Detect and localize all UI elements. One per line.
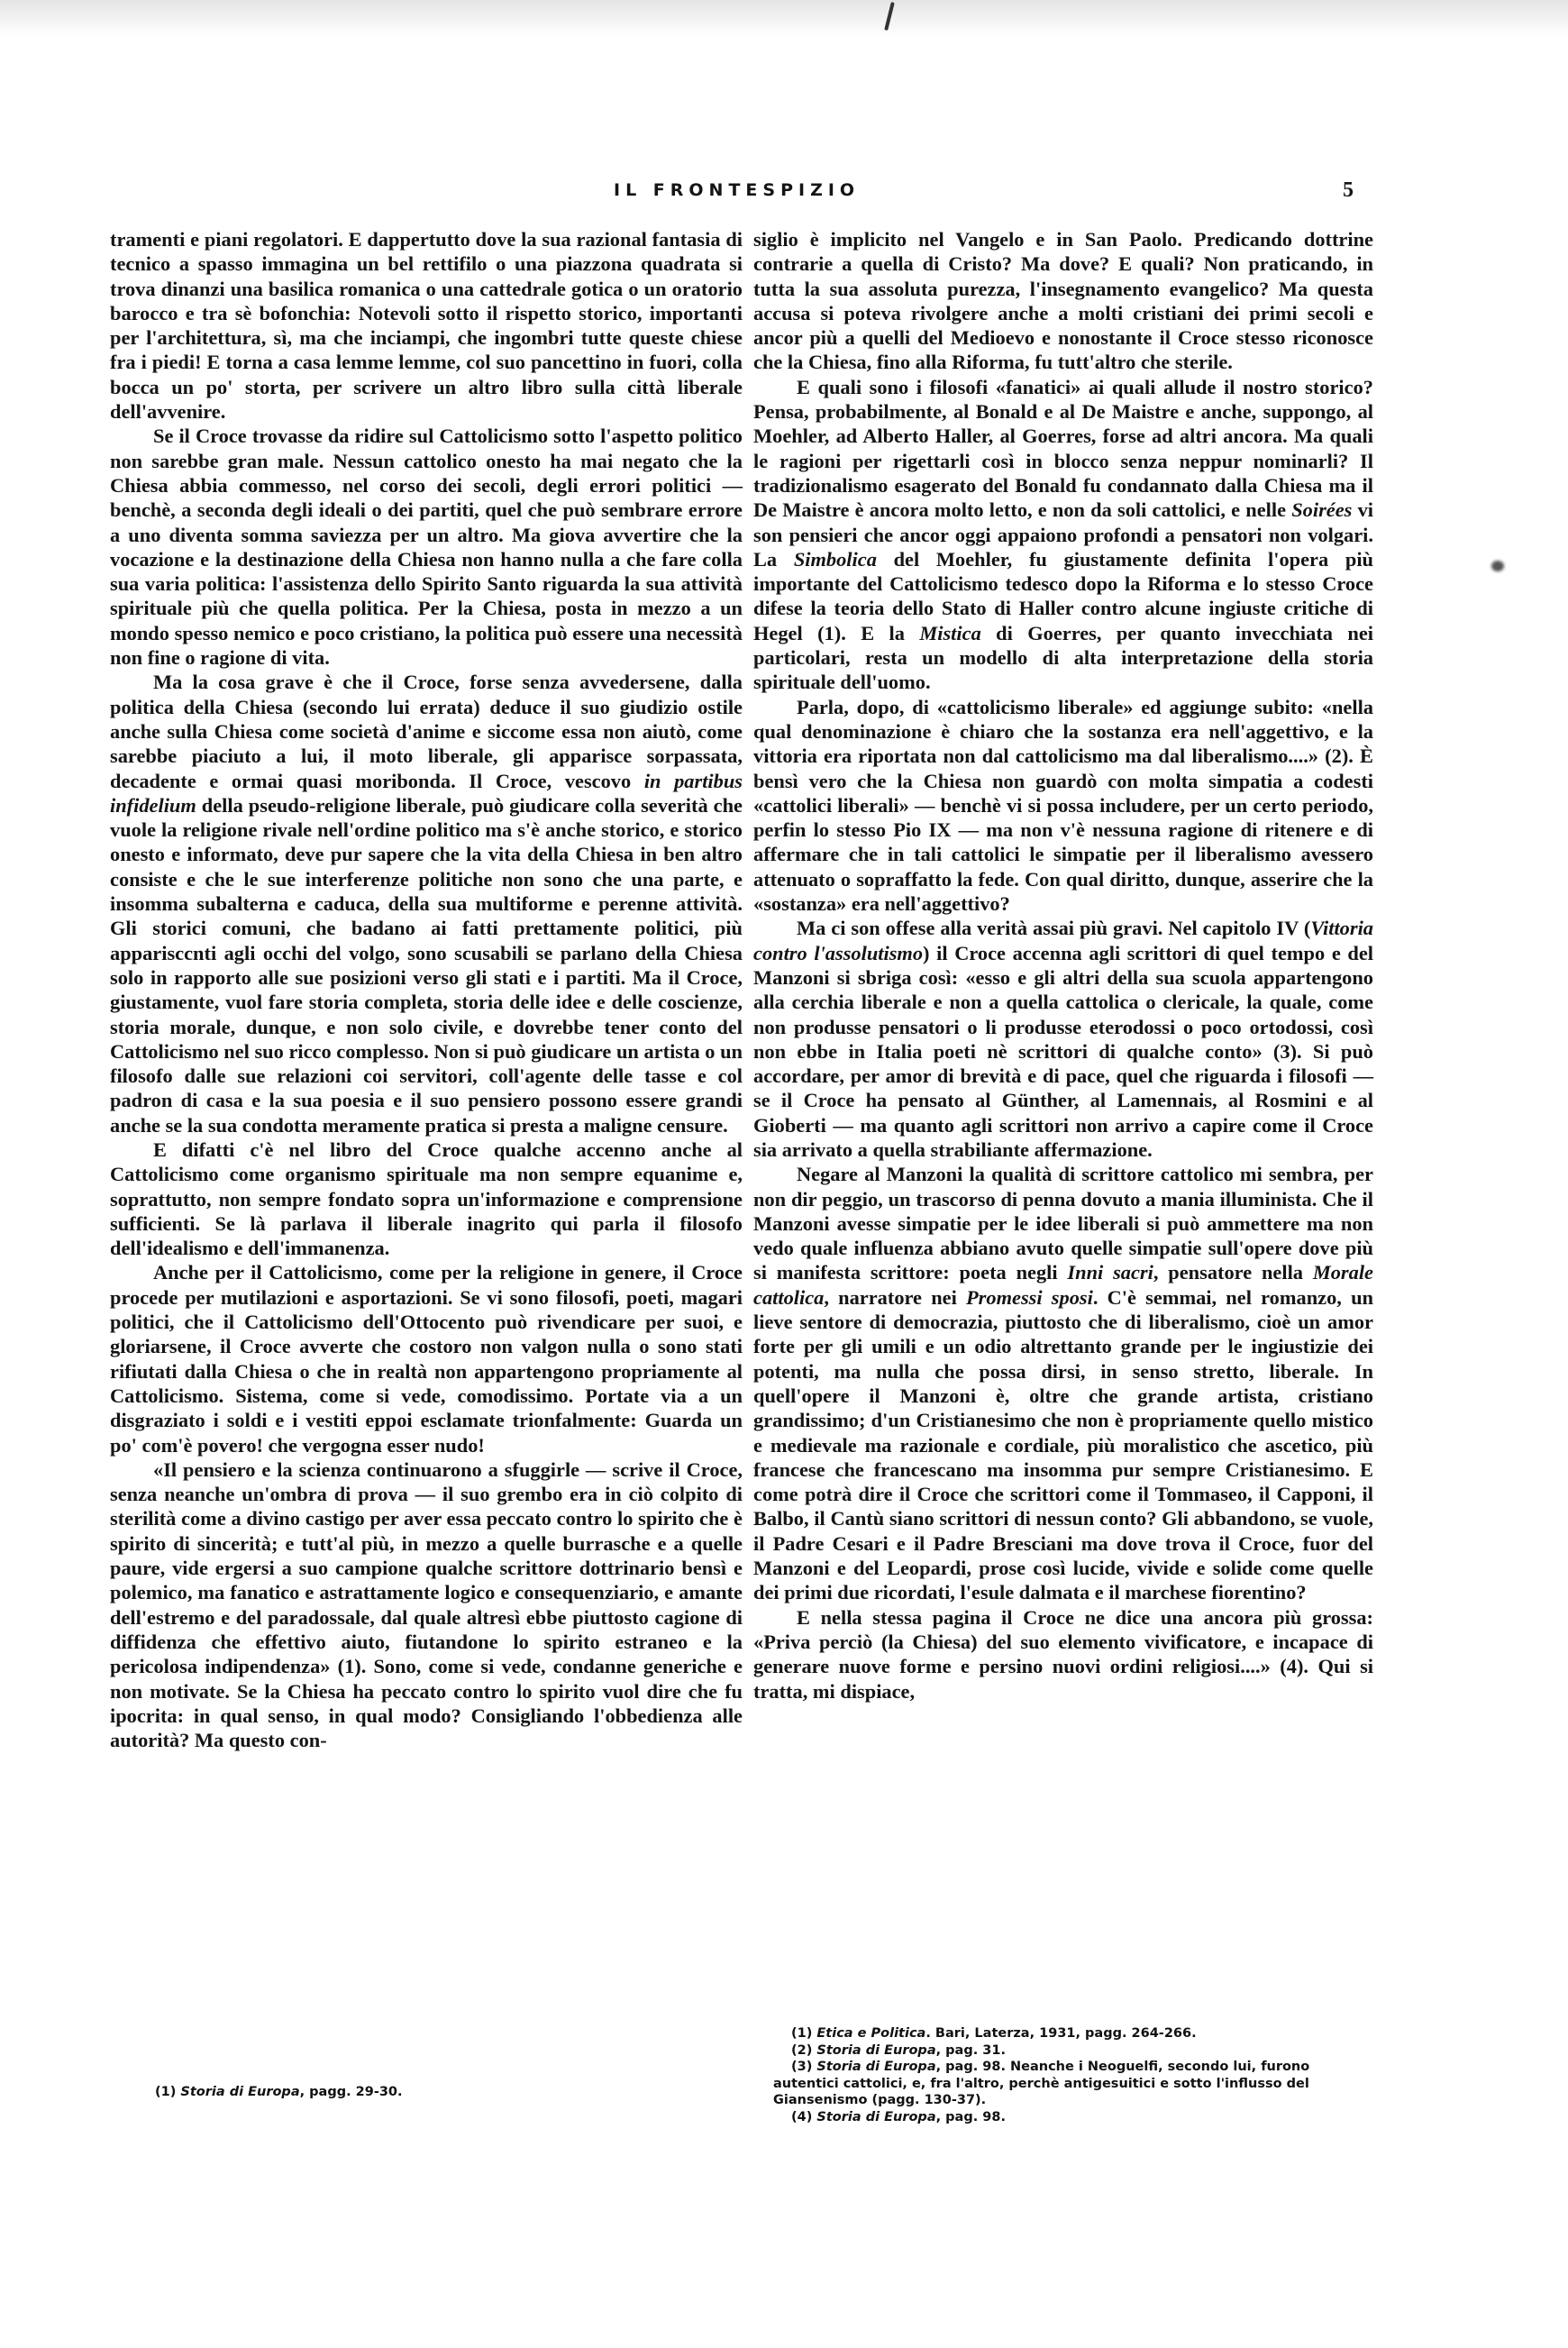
right-column: siglio è implicito nel Vangelo e in San … (753, 227, 1373, 1704)
footnote: (1) Storia di Europa, pagg. 29-30. (137, 2084, 714, 2101)
paragraph: Anche per il Cattolicismo, come per la r… (110, 1260, 743, 1457)
text-run: Ma ci son offese alla verità assai più g… (797, 917, 1310, 939)
paragraph: tramenti e piani regolatori. E dappertut… (110, 227, 743, 424)
left-column: tramenti e piani regolatori. E dappertut… (110, 227, 743, 1752)
paragraph: E nella stessa pagina il Croce ne dice u… (753, 1605, 1373, 1704)
footnote-number: (1) (791, 2026, 812, 2041)
paragraph: E difatti c'è nel libro del Croce qualch… (110, 1137, 743, 1260)
text-run: della pseudo-religione liberale, può giu… (110, 794, 743, 1137)
footnote-text: . Bari, Laterza, 1931, pagg. 264-266. (925, 2026, 1196, 2041)
paragraph: E quali sono i filosofi «fanatici» ai qu… (753, 375, 1373, 695)
paragraph: Negare al Manzoni la qualità di scrittor… (753, 1162, 1373, 1604)
italic-phrase: Simbolica (794, 548, 877, 571)
italic-phrase: Promessi sposi (966, 1286, 1093, 1309)
paragraph: Se il Croce trovasse da ridire sul Catto… (110, 424, 743, 670)
footnote-number: (1) (155, 2085, 176, 2099)
text-run: , narratore nei (824, 1286, 966, 1309)
footnotes-left: (1) Storia di Europa, pagg. 29-30. (137, 2084, 714, 2101)
page-number: 5 (1343, 178, 1354, 203)
italic-phrase: Mistica (919, 622, 980, 644)
paragraph: siglio è implicito nel Vangelo e in San … (753, 227, 1373, 375)
running-title: IL FRONTESPIZIO (614, 180, 860, 200)
footnote-number: (3) (791, 2060, 812, 2074)
footnote-title: Storia di Europa (816, 2110, 935, 2124)
footnote-title: Storia di Europa (816, 2060, 935, 2074)
italic-phrase: Inni sacri (1067, 1261, 1153, 1284)
italic-phrase: Soirées (1291, 498, 1352, 521)
paragraph: «Il pensiero e la scienza continuarono a… (110, 1457, 743, 1753)
text-run: ) il Croce accenna agli scrittori di que… (753, 942, 1373, 1161)
footnote-number: (4) (791, 2110, 812, 2124)
paragraph: Parla, dopo, di «cattolicismo liberale» … (753, 695, 1373, 917)
footnote-title: Etica e Politica (816, 2026, 925, 2041)
footnote-title: Storia di Europa (816, 2043, 935, 2058)
footnote-text: , pag. 98. (936, 2110, 1006, 2124)
footnote: (4) Storia di Europa, pag. 98. (773, 2109, 1350, 2126)
running-header: IL FRONTESPIZIO 5 (0, 180, 1568, 207)
text-run: , pensatore nella (1153, 1261, 1313, 1284)
footnotes-right: (1) Etica e Politica. Bari, Laterza, 193… (773, 2025, 1350, 2125)
paragraph: Ma ci son offese alla verità assai più g… (753, 916, 1373, 1162)
footnote-text: , pagg. 29-30. (300, 2085, 403, 2099)
footnote: (1) Etica e Politica. Bari, Laterza, 193… (773, 2025, 1350, 2042)
footnote-text: , pag. 31. (936, 2043, 1006, 2058)
footnote: (3) Storia di Europa, pag. 98. Neanche i… (773, 2059, 1350, 2109)
text-run: E quali sono i filosofi «fanatici» ai qu… (753, 376, 1373, 521)
footnote: (2) Storia di Europa, pag. 31. (773, 2042, 1350, 2060)
text-run: . C'è semmai, nel romanzo, un lieve sent… (753, 1286, 1373, 1604)
footnote-title: Storia di Europa (180, 2085, 299, 2099)
paragraph: Ma la cosa grave è che il Croce, forse s… (110, 670, 743, 1137)
scan-edge-shadow (0, 0, 1568, 36)
ink-smudge (1491, 561, 1504, 571)
footnote-number: (2) (791, 2043, 812, 2058)
